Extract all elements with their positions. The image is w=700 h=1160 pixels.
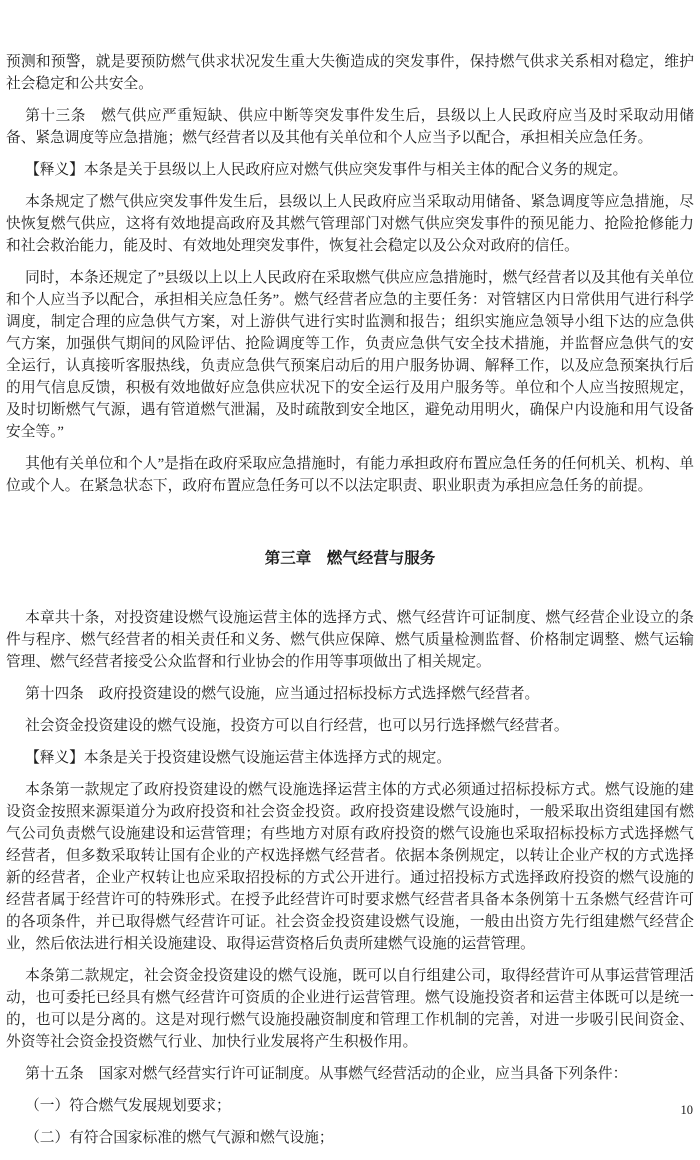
article-14-paragraph: 第十四条 政府投资建设的燃气设施，应当通过招标投标方式选择燃气经营者。 bbox=[6, 683, 694, 705]
list-item-paragraph: （二）有符合国家标准的燃气气源和燃气设施； bbox=[6, 1127, 694, 1149]
article-13-paragraph: 第十三条 燃气供应严重短缺、供应中断等突发事件发生后，县级以上人民政府应当及时采… bbox=[6, 105, 694, 149]
body-paragraph: 本条第二款规定，社会资金投资建设的燃气设施，既可以自行组建公司，取得经营许可从事… bbox=[6, 965, 694, 1053]
body-paragraph: 本条第一款规定了政府投资建设的燃气设施选择运营主体的方式必须通过招标投标方式。燃… bbox=[6, 779, 694, 955]
chapter-heading: 第三章 燃气经营与服务 bbox=[6, 547, 694, 571]
body-paragraph: 本章共十条，对投资建设燃气设施运营主体的选择方式、燃气经营许可证制度、燃气经营企… bbox=[6, 607, 694, 673]
annotation-paragraph: 【释义】本条是关于投资建设燃气设施运营主体选择方式的规定。 bbox=[6, 747, 694, 769]
article-15-paragraph: 第十五条 国家对燃气经营实行许可证制度。从事燃气经营活动的企业，应当具备下列条件… bbox=[6, 1063, 694, 1085]
document-page: 预测和预警，就是要预防燃气供求状况发生重大失衡造成的突发事件，保持燃气供求关系相… bbox=[0, 0, 700, 1160]
list-item-paragraph: （一）符合燃气发展规划要求； bbox=[6, 1095, 694, 1117]
paragraph-continuation: 预测和预警，就是要预防燃气供求状况发生重大失衡造成的突发事件，保持燃气供求关系相… bbox=[6, 51, 694, 95]
body-paragraph: 同时，本条还规定了”县级以上以上人民政府在采取燃气供应应急措施时，燃气经营者以及… bbox=[6, 267, 694, 443]
page-number: 10 bbox=[681, 1102, 694, 1118]
annotation-paragraph: 【释义】本条是关于县级以上人民政府应对燃气供应突发事件与相关主体的配合义务的规定… bbox=[6, 159, 694, 181]
body-paragraph: 其他有关单位和个人”是指在政府采取应急措施时，有能力承担政府布置应急任务的任何机… bbox=[6, 453, 694, 497]
body-paragraph: 社会资金投资建设的燃气设施，投资方可以自行经营，也可以另行选择燃气经营者。 bbox=[6, 715, 694, 737]
body-paragraph: 本条规定了燃气供应突发事件发生后，县级以上人民政府应当采取动用储备、紧急调度等应… bbox=[6, 191, 694, 257]
